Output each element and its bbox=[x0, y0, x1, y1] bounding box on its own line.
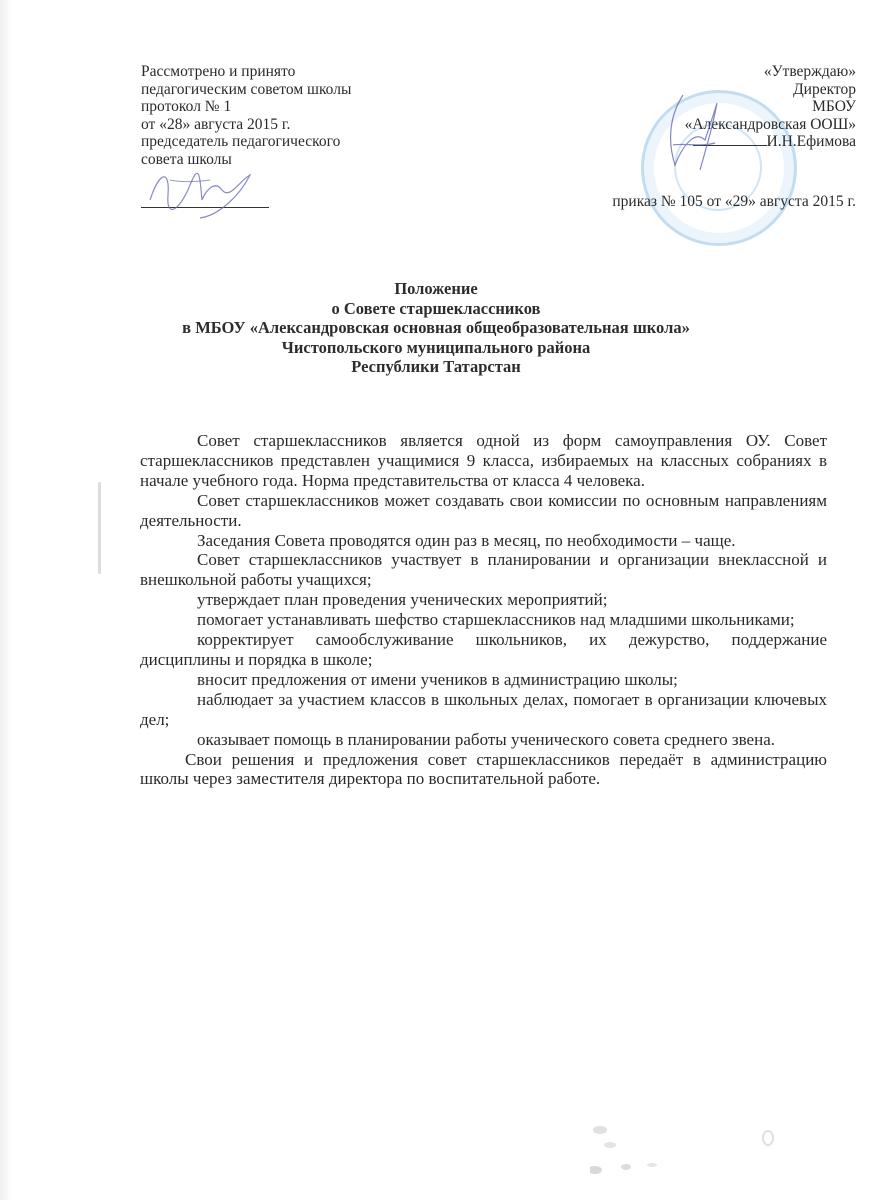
scan-artifact bbox=[98, 482, 101, 574]
body-paragraph: Заседания Совета проводятся один раз в м… bbox=[140, 531, 827, 551]
chairman-signature-line bbox=[141, 207, 269, 208]
approval-line: педагогическим советом школы bbox=[141, 81, 351, 99]
organization-short: МБОУ bbox=[685, 98, 856, 116]
pedagogical-council-approval: Рассмотрено и принято педагогическим сов… bbox=[141, 63, 351, 169]
body-paragraph: помогает устанавливать шефство старшекла… bbox=[140, 610, 827, 630]
body-paragraph: Совет старшеклассников участвует в плани… bbox=[140, 550, 827, 590]
director-approval: «Утверждаю» Директор МБОУ «Александровск… bbox=[685, 63, 856, 151]
title-line: Положение bbox=[0, 279, 872, 299]
approval-line: председатель педагогического bbox=[141, 133, 351, 151]
document-title: Положение о Совете старшеклассников в МБ… bbox=[0, 279, 872, 377]
director-position: Директор bbox=[685, 81, 856, 99]
scan-specks bbox=[590, 1110, 790, 1180]
body-paragraph: Совет старшеклассников может создавать с… bbox=[140, 491, 827, 531]
body-paragraph: наблюдает за участием классов в школьных… bbox=[140, 690, 827, 730]
chairman-signature-icon bbox=[140, 160, 280, 220]
school-short-name: «Александровская ООШ» bbox=[685, 116, 856, 134]
title-line: Республики Татарстан bbox=[0, 357, 872, 377]
approve-label: «Утверждаю» bbox=[685, 63, 856, 81]
body-paragraph: вносит предложения от имени учеников в а… bbox=[140, 670, 827, 690]
title-line: Чистопольского муниципального района bbox=[0, 338, 872, 358]
body-paragraph: утверждает план проведения ученических м… bbox=[140, 590, 827, 610]
body-paragraph: Свои решения и предложения совет старшек… bbox=[140, 750, 827, 790]
approval-line: протокол № 1 bbox=[141, 98, 351, 116]
approval-line: Рассмотрено и принято bbox=[141, 63, 351, 81]
body-paragraph: Совет старшеклассников является одной из… bbox=[140, 431, 827, 491]
order-reference: приказ № 105 от «29» августа 2015 г. bbox=[612, 193, 856, 211]
document-body: Совет старшеклассников является одной из… bbox=[140, 431, 827, 789]
approval-line: совета школы bbox=[141, 151, 351, 169]
body-paragraph: оказывает помощь в планировании работы у… bbox=[140, 730, 827, 750]
director-signature-line bbox=[693, 133, 767, 146]
approval-line: от «28» августа 2015 г. bbox=[141, 116, 351, 134]
director-signature-row: И.Н.Ефимова bbox=[685, 133, 856, 151]
body-paragraph: корректирует самообслуживание школьников… bbox=[140, 630, 827, 670]
title-line: о Совете старшеклассников bbox=[0, 299, 872, 319]
director-name: И.Н.Ефимова bbox=[767, 133, 857, 150]
scan-edge bbox=[0, 0, 12, 1200]
title-line: в МБОУ «Александровская основная общеобр… bbox=[0, 318, 872, 338]
